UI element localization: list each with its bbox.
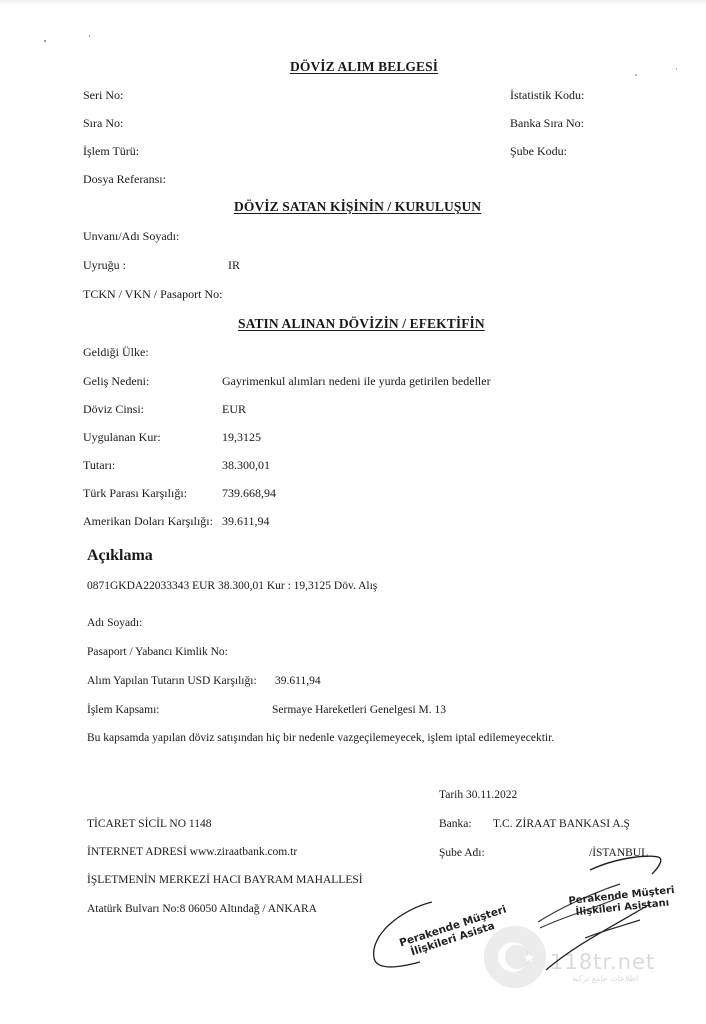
turk-parasi-label: Türk Parası Karşılığı: (83, 486, 187, 500)
adres: Atatürk Bulvarı No:8 06050 Altındağ / AN… (87, 902, 317, 916)
bank-label: Banka: (439, 817, 472, 831)
currency-section-heading: SATIN ALINAN DÖVİZİN / EFEKTİFİN (238, 316, 485, 332)
tutari-label: Tutarı: (83, 458, 115, 472)
scanned-document-page: DÖVİZ ALIM BELGESİ Seri No: Sıra No: İşl… (0, 0, 706, 1024)
turk-parasi-value: 739.668,94 (222, 486, 276, 500)
usd-karsiligi-value: 39.611,94 (222, 514, 270, 528)
aciklama-text: 0871GKDA22033343 EUR 38.300,01 Kur : 19,… (87, 579, 377, 593)
geldigi-ulke-label: Geldiği Ülke: (83, 345, 149, 359)
alim-usd-value: 39.611,94 (275, 674, 321, 688)
tutari-value: 38.300,01 (222, 458, 270, 472)
date-value: 30.11.2022 (466, 789, 517, 801)
doviz-cinsi-label: Döviz Cinsi: (83, 402, 144, 416)
tckn-label: TCKN / VKN / Pasaport No: (83, 287, 222, 301)
islem-turu-label: İşlem Türü: (83, 144, 139, 158)
gelis-nedeni-value: Gayrimenkul alımları nedeni ile yurda ge… (222, 374, 491, 388)
scan-speck (89, 35, 90, 37)
isletme-merkezi: İŞLETMENİN MERKEZİ HACI BAYRAM MAHALLESİ (87, 873, 363, 887)
date-label: Tarih (439, 789, 463, 801)
istatistik-kodu-label: İstatistik Kodu: (510, 88, 584, 102)
banka-sira-no-label: Banka Sıra No: (510, 116, 584, 130)
unvan-label: Unvanı/Adı Soyadı: (83, 229, 179, 243)
scan-speck (676, 68, 677, 70)
date-row: Tarih 30.11.2022 (439, 788, 517, 802)
document-title: DÖVİZ ALIM BELGESİ (290, 59, 438, 75)
seller-section-heading: DÖVİZ SATAN KİŞİNİN / KURULUŞUN (234, 199, 481, 215)
bank-value: T.C. ZİRAAT BANKASI A.Ş (493, 817, 630, 831)
internet-adresi: İNTERNET ADRESİ www.ziraatbank.com.tr (87, 845, 297, 859)
uyrugu-label: Uyruğu : (83, 258, 126, 272)
signature-marks (360, 850, 706, 990)
dosya-referansi-label: Dosya Referansı: (83, 172, 166, 186)
scan-speck (635, 74, 637, 76)
uyrugu-value: IR (228, 258, 240, 272)
usd-karsiligi-label: Amerikan Doları Karşılığı: (83, 514, 213, 528)
uygulanan-kur-value: 19,3125 (222, 430, 261, 444)
alim-usd-label: Alım Yapılan Tutarın USD Karşılığı: (87, 674, 257, 688)
gelis-nedeni-label: Geliş Nedeni: (83, 374, 149, 388)
doviz-cinsi-value: EUR (222, 402, 246, 416)
pasaport-label: Pasaport / Yabancı Kimlik No: (87, 645, 228, 659)
ticaret-sicil: TİCARET SİCİL NO 1148 (87, 817, 211, 831)
adi-soyadi-label: Adı Soyadı: (87, 616, 142, 630)
sube-kodu-label: Şube Kodu: (510, 144, 567, 158)
islem-kapsami-label: İşlem Kapsamı: (87, 703, 160, 717)
uygulanan-kur-label: Uygulanan Kur: (83, 430, 161, 444)
scan-speck (44, 40, 46, 42)
aciklama-heading: Açıklama (87, 547, 153, 565)
islem-kapsami-value: Sermaye Hareketleri Genelgesi M. 13 (272, 703, 446, 717)
sira-no-label: Sıra No: (83, 116, 123, 130)
seri-no-label: Seri No: (83, 88, 123, 102)
notice-text: Bu kapsamda yapılan döviz satışından hiç… (87, 731, 554, 745)
